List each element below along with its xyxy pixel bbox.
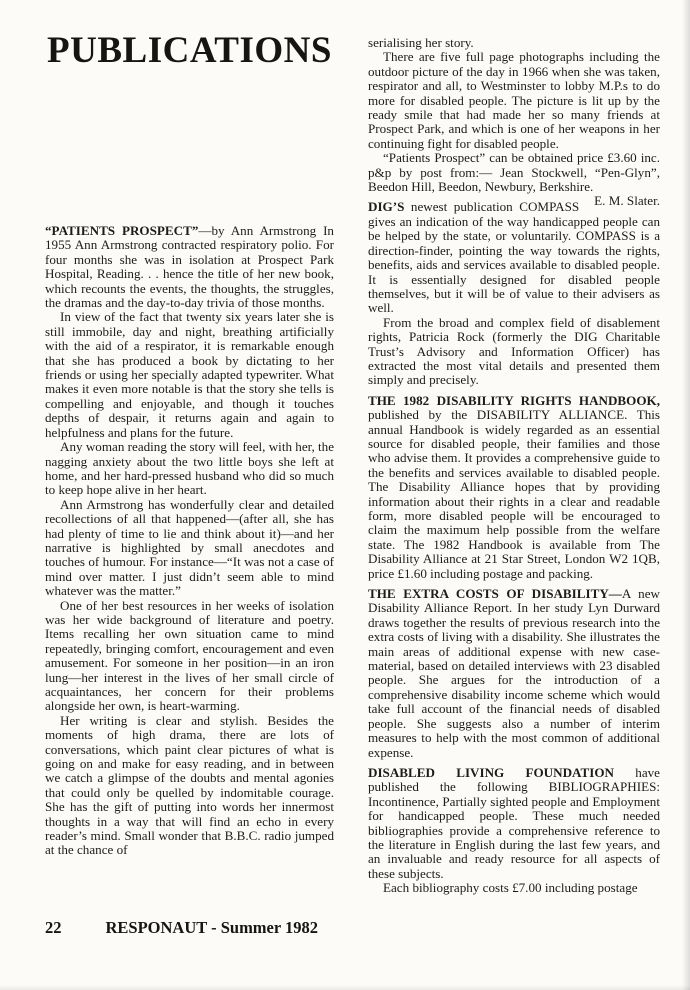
- ordering-info-paragraph: “Patients Prospect” can be obtained pric…: [368, 151, 660, 194]
- book-review-paragraph: Her writing is clear and stylish. Beside…: [45, 714, 334, 858]
- book-review-paragraph: Any woman reading the story will feel, w…: [45, 440, 334, 498]
- publication-title-lead: THE 1982 DISABILITY RIGHTS HANDBOOK,: [368, 393, 660, 408]
- book-review-paragraph: There are five full page photographs inc…: [368, 50, 660, 151]
- page-number: 22: [45, 918, 62, 937]
- book-review-intro-paragraph: “PATIENTS PROSPECT”—by Ann Armstrong In …: [45, 224, 334, 310]
- publication-title-lead: DISABLED LIVING FOUNDATION: [368, 765, 635, 780]
- left-column: “PATIENTS PROSPECT”—by Ann Armstrong In …: [45, 224, 334, 858]
- page-footer: 22RESPONAUT - Summer 1982: [45, 918, 655, 938]
- publication-title-lead: THE EXTRA COSTS OF DISABILITY—: [368, 586, 622, 601]
- publication-paragraph: Each bibliography costs £7.00 including …: [368, 881, 660, 895]
- right-column: serialising her story. There are five fu…: [368, 36, 660, 896]
- paragraph-text: published by the DISABILITY ALLIANCE. Th…: [368, 407, 660, 580]
- scan-bottom-shadow: [0, 985, 690, 990]
- page-title: PUBLICATIONS: [45, 28, 334, 74]
- paragraph-text: newest publication COMPASS gives an indi…: [368, 199, 660, 315]
- paragraph-text: “Patients Prospect” can be obtained pric…: [368, 150, 660, 194]
- scan-edge-shadow: [682, 0, 690, 990]
- publication-entry-handbook: THE 1982 DISABILITY RIGHTS HANDBOOK, pub…: [368, 394, 660, 581]
- reviewer-byline: E. M. Slater.: [579, 194, 660, 208]
- journal-name: RESPONAUT - Summer 1982: [106, 918, 319, 937]
- book-review-paragraph: Ann Armstrong has wonderfully clear and …: [45, 498, 334, 599]
- publication-entry-compass: DIG’S newest publication COMPASS gives a…: [368, 200, 660, 315]
- paragraph-text: A new Disability Alliance Report. In her…: [368, 586, 660, 759]
- book-review-paragraph: In view of the fact that twenty six year…: [45, 310, 334, 440]
- publication-entry-dlf: DISABLED LIVING FOUNDATION have publishe…: [368, 766, 660, 881]
- publication-title-lead: DIG’S: [368, 199, 411, 214]
- book-review-paragraph: One of her best resources in her weeks o…: [45, 599, 334, 714]
- continuation-paragraph: serialising her story.: [368, 36, 660, 50]
- paragraph-text: have published the following BIBLIOGRAPH…: [368, 765, 660, 881]
- book-title-lead: “PATIENTS PROSPECT”: [45, 223, 198, 238]
- publication-paragraph: From the broad and complex field of disa…: [368, 316, 660, 388]
- publication-entry-extra-costs: THE EXTRA COSTS OF DISABILITY—A new Disa…: [368, 587, 660, 760]
- page-header: PUBLICATIONS: [45, 28, 334, 74]
